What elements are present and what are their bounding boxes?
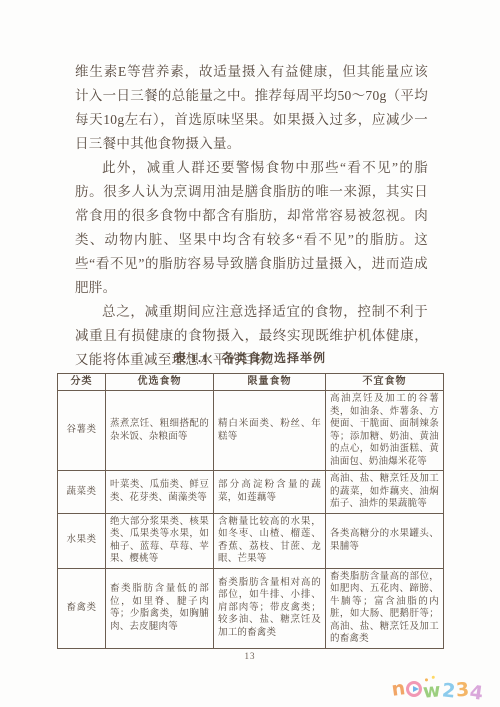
col-header-category: 分类 [58,374,106,391]
sparkle-dot-icon [425,678,428,681]
cell-preferred: 畜类脂肪含量低的部位，如里脊、腱子肉等；少脂禽类，如胸脯肉、去皮腿肉等 [106,568,214,648]
watermark-digit-4: 4 [469,683,485,704]
cell-limited: 部分高淀粉含量的蔬菜，如莲藕等 [214,471,326,514]
paragraph-2: 此外，减重人群还要警惕食物中那些“看不见”的脂肪。很多人认为烹调用油是膳食脂肪的… [75,156,428,300]
cell-preferred: 叶菜类、瓜茄类、鲜豆类、花芽类、菌藻类等 [106,471,214,514]
table-row-meat-poultry: 畜禽类 畜类脂肪含量低的部位，如里脊、腱子肉等；少脂禽类，如胸脯肉、去皮腿肉等 … [58,568,444,648]
cell-avoid: 畜类脂肪含量高的部位，如肥肉、五花肉、蹄膀、牛腩等；富含油脂的内脏，如大肠、肥鹅… [326,568,444,648]
paragraph-1: 维生素E等营养素，故适量摄入有益健康，但其能量应该计入一日三餐的总能量之中。推荐… [75,60,428,156]
col-header-preferred: 优选食物 [106,374,214,391]
cell-avoid: 高油烹饪及加工的谷薯类，如油条、炸薯条、方便面、干脆面、面制辣条等；添加糖、奶油… [326,391,444,471]
cell-category: 水果类 [58,513,106,568]
cell-category: 畜禽类 [58,568,106,648]
table-area: 表 1.1 各类食物选择举例 分类 优选食物 限量食物 不宜食物 谷薯类 蒸煮烹… [57,349,443,649]
play-icon [413,686,419,692]
table-row-grains: 谷薯类 蒸煮烹饪、粗细搭配的杂米饭、杂粮面等 精白米面类、粉丝、年糕等 高油烹饪… [58,391,444,471]
now234-watermark: n w 2 3 4 [391,681,484,701]
cell-avoid: 高油、盐、糖烹饪及加工的蔬菜，如炸藕夹、油焖茄子、油炸的果蔬脆等 [326,471,444,514]
cell-limited: 畜类脂肪含量相对高的部位，如牛排、小排、肩部肉等；带皮禽类；较多油、盐、糖烹饪及… [214,568,326,648]
play-button-ring [406,681,422,697]
watermark-digit-3: 3 [455,681,470,701]
document-page: 维生素E等营养素，故适量摄入有益健康，但其能量应该计入一日三餐的总能量之中。推荐… [0,0,500,707]
page-number: 13 [57,651,443,661]
cell-category: 谷薯类 [58,391,106,471]
body-text: 维生素E等营养素，故适量摄入有益健康，但其能量应该计入一日三餐的总能量之中。推荐… [75,60,428,372]
col-header-avoid: 不宜食物 [326,374,444,391]
watermark-letter-o [406,681,422,701]
table-header-row: 分类 优选食物 限量食物 不宜食物 [58,374,444,391]
table-row-fruits: 水果类 绝大部分浆果类、核果类、瓜果类等水果，如柚子、蓝莓、草莓、苹果、樱桃等 … [58,513,444,568]
watermark-digit-2: 2 [441,681,456,701]
cell-preferred: 绝大部分浆果类、核果类、瓜果类等水果，如柚子、蓝莓、草莓、苹果、樱桃等 [106,513,214,568]
food-selection-table: 分类 优选食物 限量食物 不宜食物 谷薯类 蒸煮烹饪、粗细搭配的杂米饭、杂粮面等… [57,373,444,649]
cell-limited: 含糖量比较高的水果，如冬枣、山楂、榴莲、香蕉、荔枝、甘蔗、龙眼、芒果等 [214,513,326,568]
watermark-letter-w: w [422,681,441,701]
col-header-limited: 限量食物 [214,374,326,391]
cell-category: 蔬菜类 [58,471,106,514]
cell-avoid: 各类高糖分的水果罐头、果脯等 [326,513,444,568]
table-caption: 表 1.1 各类食物选择举例 [57,349,443,366]
cell-preferred: 蒸煮烹饪、粗细搭配的杂米饭、杂粮面等 [106,391,214,471]
sparkle-dot-icon [432,676,435,679]
table-row-vegetables: 蔬菜类 叶菜类、瓜茄类、鲜豆类、花芽类、菌藻类等 部分高淀粉含量的蔬菜，如莲藕等… [58,471,444,514]
cell-limited: 精白米面类、粉丝、年糕等 [214,391,326,471]
watermark-letter-n: n [390,679,406,700]
